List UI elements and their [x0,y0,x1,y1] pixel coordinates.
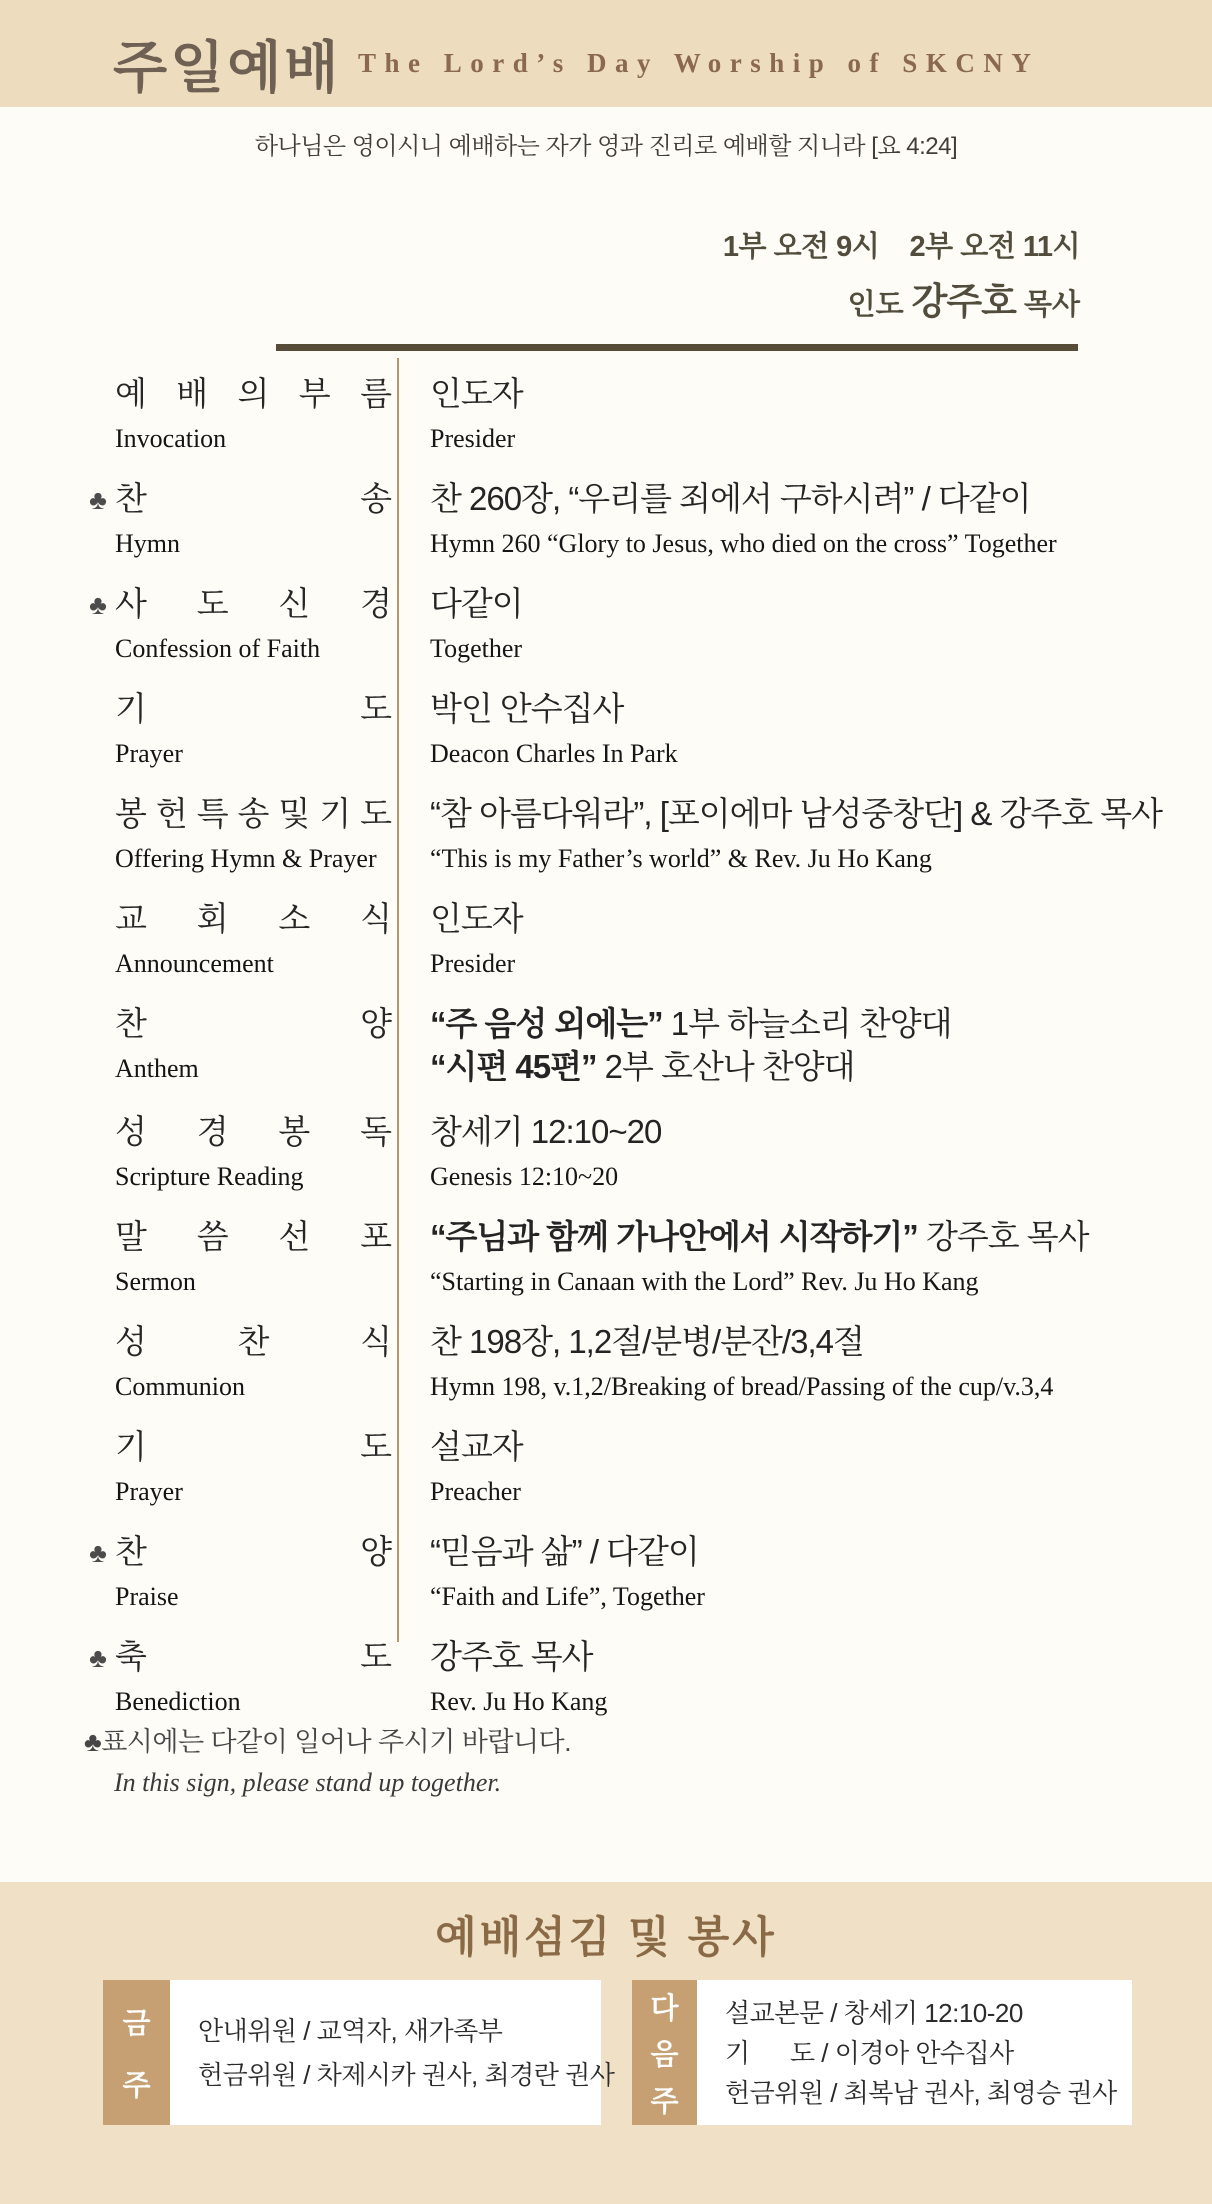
stand-clover-icon: ♣ [85,590,111,621]
next-week-group: 다음주 설교본문 / 창세기 12:10-20기 도 / 이경아 안수집사헌금위… [632,1980,1132,2125]
order-item-content-english: Hymn 260 “Glory to Jesus, who died on th… [430,527,1212,560]
order-item-label-korean: 예배의부름 [115,372,391,415]
order-item-content-korean: 박인 안수집사 [430,687,1212,730]
order-item-label-korean: 찬송 [115,477,391,520]
order-item-content: “참 아름다워라”, [포이에마 남성중창단] & 강주호 목사“This is… [430,792,1212,875]
order-item-label-korean: 성경봉독 [115,1110,391,1153]
order-item-content-korean: 인도자 [430,372,1212,415]
order-item-label: 봉헌특송및기도Offering Hymn & Prayer [115,792,391,875]
next-week-box: 설교본문 / 창세기 12:10-20기 도 / 이경아 안수집사헌금위원 / … [697,1980,1132,2125]
order-item-content: 찬 260장, “우리를 죄에서 구하시려” / 다같이Hymn 260 “Gl… [430,477,1212,560]
service-board: 예배섬김 및 봉사 금주 안내위원 / 교역자, 새가족부헌금위원 / 차제시카… [0,1882,1212,2204]
order-item-content-english: Preacher [430,1475,1212,1508]
order-item-content-english: Genesis 12:10~20 [430,1160,1212,1193]
order-item-label-korean: 말씀선포 [115,1215,391,1258]
week-duty-line: 기 도 / 이경아 안수집사 [725,2038,1132,2068]
week-duty-line: 안내위원 / 교역자, 새가족부 [198,2016,601,2046]
order-item-content-english: “Starting in Canaan with the Lord” Rev. … [430,1265,1212,1298]
order-item-label: 기도Prayer [115,1425,391,1508]
order-item-content-korean: “주님과 함께 가나안에서 시작하기” 강주호 목사 [430,1215,1212,1258]
order-item-label: 성경봉독Scripture Reading [115,1110,391,1193]
order-item-label: 교회소식Announcement [115,897,391,980]
order-item-label-korean: 교회소식 [115,897,391,940]
service-times: 1부 오전 9시 2부 오전 11시 [723,224,1080,265]
service-leader: 인도 강주호 목사 [723,271,1080,325]
order-item-content-korean: “참 아름다워라”, [포이에마 남성중창단] & 강주호 목사 [430,792,1212,835]
leader-prefix: 인도 [848,289,912,321]
order-item-label-english: Invocation [115,422,391,455]
stand-footnote-english: In this sign, please stand up together. [114,1768,571,1798]
order-item-label: 찬양Praise [115,1530,391,1613]
order-item-label: 찬송Hymn [115,477,391,560]
week-duty-line: 설교본문 / 창세기 12:10-20 [725,1998,1132,2028]
order-row: 예배의부름Invocation인도자Presider [0,372,1212,455]
order-item-label: 찬양Anthem [115,1002,391,1088]
stand-footnote: ♣표시에는 다같이 일어나 주시기 바랍니다. In this sign, pl… [84,1720,571,1798]
order-item-content-english: Rev. Ju Ho Kang [430,1685,1212,1718]
order-row: ♣사도신경Confession of Faith다같이Together [0,582,1212,665]
order-item-label: 성찬식Communion [115,1320,391,1403]
order-item-content: 설교자Preacher [430,1425,1212,1508]
order-item-label-english: Sermon [115,1265,391,1298]
order-item-content-korean: 창세기 12:10~20 [430,1110,1212,1153]
order-item-label-english: Hymn [115,527,391,560]
order-item-content-korean: 다같이 [430,582,1212,625]
stand-footnote-korean: ♣표시에는 다같이 일어나 주시기 바랍니다. [84,1720,571,1759]
worship-bulletin-page: 주일예배 The Lord’s Day Worship of SKCNY 하나님… [0,0,1212,2204]
order-item-label-english: Announcement [115,947,391,980]
stand-clover-icon: ♣ [85,1643,111,1674]
order-item-content: 찬 198장, 1,2절/분병/분잔/3,4절Hymn 198, v.1,2/B… [430,1320,1212,1403]
stand-clover-icon: ♣ [85,1538,111,1569]
order-item-label-english: Benediction [115,1685,391,1718]
order-item-label: 기도Prayer [115,687,391,770]
order-item-label: 예배의부름Invocation [115,372,391,455]
order-row: 성경봉독Scripture Reading창세기 12:10~20Genesis… [0,1110,1212,1193]
order-item-content-korean: “시편 45편” 2부 호산나 찬양대 [430,1045,1212,1088]
order-item-label-korean: 성찬식 [115,1320,391,1363]
order-item-content-korean: 강주호 목사 [430,1635,1212,1678]
order-row: ♣축도Benediction강주호 목사Rev. Ju Ho Kang [0,1635,1212,1718]
order-item-content-english: “Faith and Life”, Together [430,1580,1212,1613]
order-item-label-korean: 찬양 [115,1530,391,1573]
order-row: 기도Prayer박인 안수집사Deacon Charles In Park [0,687,1212,770]
week-tab-char: 금 [122,2001,150,2042]
scripture-verse: 하나님은 영이시니 예배하는 자가 영과 진리로 예배할 지니라 [요 4:24… [0,126,1212,161]
order-item-content: “주 음성 외에는” 1부 하늘소리 찬양대“시편 45편” 2부 호산나 찬양… [430,1002,1212,1088]
order-row: 성찬식Communion찬 198장, 1,2절/분병/분잔/3,4절Hymn … [0,1320,1212,1403]
this-week-group: 금주 안내위원 / 교역자, 새가족부헌금위원 / 차제시카 권사, 최경란 권… [103,1980,601,2125]
order-item-content-korean: “주 음성 외에는” 1부 하늘소리 찬양대 [430,1002,1212,1045]
order-item-content: “주님과 함께 가나안에서 시작하기” 강주호 목사“Starting in C… [430,1215,1212,1298]
order-item-content-korean: 설교자 [430,1425,1212,1468]
order-of-worship-list: 예배의부름Invocation인도자Presider♣찬송Hymn찬 260장,… [0,372,1212,1740]
order-item-content-english: Presider [430,422,1212,455]
order-item-label-korean: 사도신경 [115,582,391,625]
order-item-content: 강주호 목사Rev. Ju Ho Kang [430,1635,1212,1718]
leader-suffix: 목사 [1016,289,1080,321]
order-item-label: 말씀선포Sermon [115,1215,391,1298]
this-week-tab: 금주 [103,1980,170,2125]
order-item-content-english: Deacon Charles In Park [430,737,1212,770]
order-item-label-korean: 기도 [115,1425,391,1468]
week-tab-char: 다 [650,1986,678,2027]
next-week-tab: 다음주 [632,1980,697,2125]
order-item-content: 인도자Presider [430,372,1212,455]
horizontal-rule [276,344,1078,351]
week-tab-char: 음 [650,2032,678,2073]
leader-name: 강주호 [912,281,1016,322]
order-item-label-english: Praise [115,1580,391,1613]
order-item-content-korean: 찬 198장, 1,2절/분병/분잔/3,4절 [430,1320,1212,1363]
order-item-content-english: Presider [430,947,1212,980]
order-item-content: 다같이Together [430,582,1212,665]
order-item-content-english: “This is my Father’s world” & Rev. Ju Ho… [430,842,1212,875]
order-item-label-english: Scripture Reading [115,1160,391,1193]
order-row: 찬양Anthem“주 음성 외에는” 1부 하늘소리 찬양대“시편 45편” 2… [0,1002,1212,1088]
order-item-label-english: Communion [115,1370,391,1403]
order-item-label-korean: 기도 [115,687,391,730]
order-row: 기도Prayer설교자Preacher [0,1425,1212,1508]
order-item-content-english: Hymn 198, v.1,2/Breaking of bread/Passin… [430,1370,1212,1403]
order-row: ♣찬양Praise“믿음과 삶” / 다같이“Faith and Life”, … [0,1530,1212,1613]
order-item-label-korean: 봉헌특송및기도 [115,792,391,835]
week-tab-char: 주 [650,2079,678,2120]
order-row: ♣찬송Hymn찬 260장, “우리를 죄에서 구하시려” / 다같이Hymn … [0,477,1212,560]
order-item-content-korean: “믿음과 삶” / 다같이 [430,1530,1212,1573]
service-times-block: 1부 오전 9시 2부 오전 11시 인도 강주호 목사 [723,224,1080,325]
week-tab-char: 주 [122,2063,150,2104]
order-item-content: 박인 안수집사Deacon Charles In Park [430,687,1212,770]
service-board-title: 예배섬김 및 봉사 [0,1904,1212,1965]
this-week-box: 안내위원 / 교역자, 새가족부헌금위원 / 차제시카 권사, 최경란 권사 [170,1980,601,2125]
order-item-label: 축도Benediction [115,1635,391,1718]
order-item-label-korean: 축도 [115,1635,391,1678]
order-item-content: “믿음과 삶” / 다같이“Faith and Life”, Together [430,1530,1212,1613]
order-item-label: 사도신경Confession of Faith [115,582,391,665]
order-item-label-english: Offering Hymn & Prayer [115,842,391,875]
order-item-label-english: Anthem [115,1052,391,1085]
order-item-label-korean: 찬양 [115,1002,391,1045]
page-title-english: The Lord’s Day Worship of SKCNY [358,48,1039,79]
week-duty-line: 헌금위원 / 차제시카 권사, 최경란 권사 [198,2060,601,2090]
order-item-content: 인도자Presider [430,897,1212,980]
order-item-content: 창세기 12:10~20Genesis 12:10~20 [430,1110,1212,1193]
order-row: 봉헌특송및기도Offering Hymn & Prayer“참 아름다워라”, … [0,792,1212,875]
week-duty-line: 헌금위원 / 최복남 권사, 최영승 권사 [725,2078,1132,2108]
order-item-content-korean: 인도자 [430,897,1212,940]
order-item-content-english: Together [430,632,1212,665]
order-row: 말씀선포Sermon“주님과 함께 가나안에서 시작하기” 강주호 목사“Sta… [0,1215,1212,1298]
page-title-korean: 주일예배 [113,24,341,104]
order-item-content-korean: 찬 260장, “우리를 죄에서 구하시려” / 다같이 [430,477,1212,520]
order-item-label-english: Prayer [115,1475,391,1508]
order-item-label-english: Confession of Faith [115,632,391,665]
stand-clover-icon: ♣ [85,485,111,516]
order-row: 교회소식Announcement인도자Presider [0,897,1212,980]
order-item-label-english: Prayer [115,737,391,770]
